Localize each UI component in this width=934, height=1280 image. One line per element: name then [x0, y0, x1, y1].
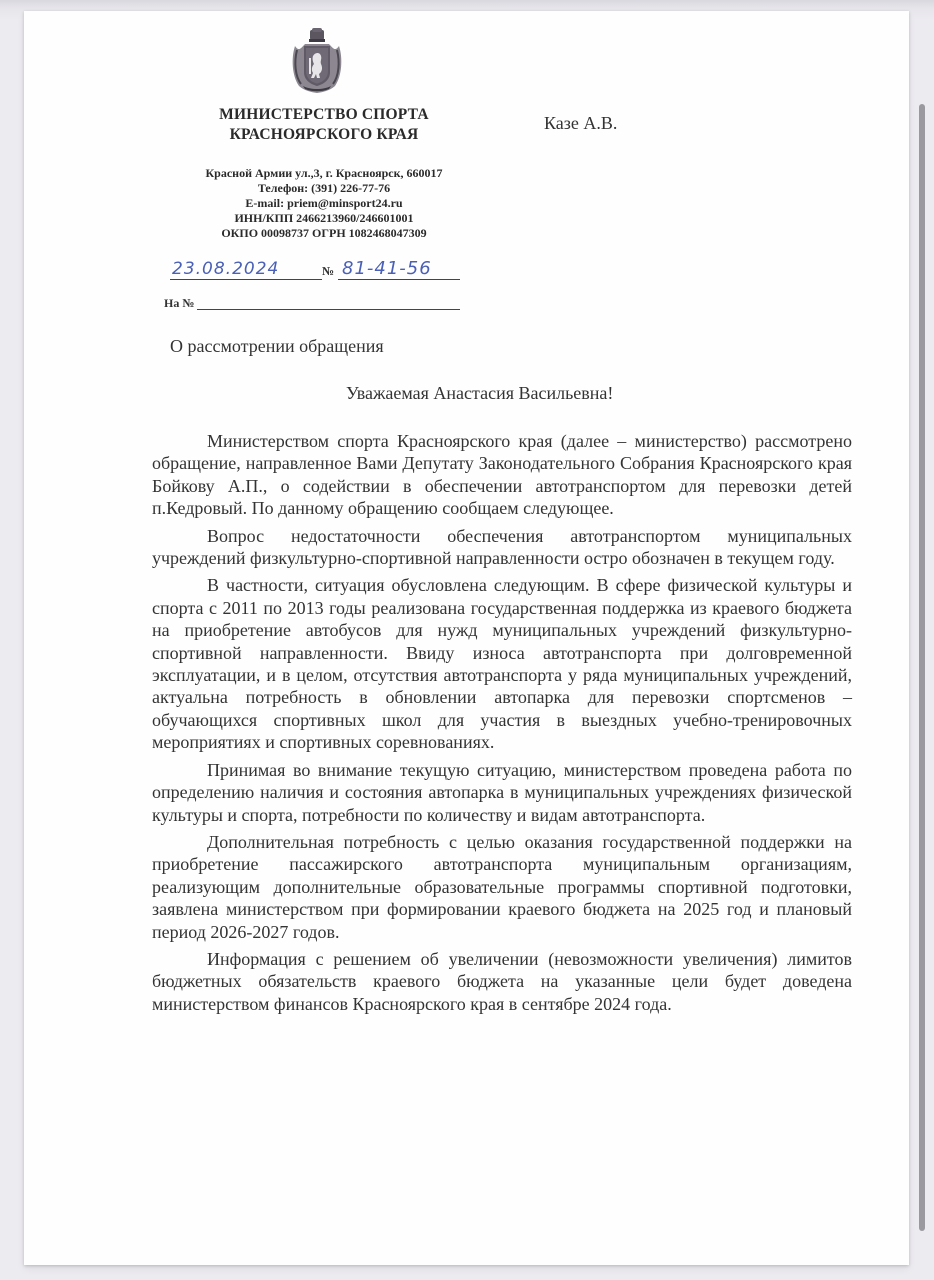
paragraph: Принимая во внимание текущую ситуацию, м…	[152, 759, 852, 826]
scrollbar-thumb[interactable]	[919, 104, 925, 1231]
ministry-contacts: Красной Армии ул.,3, г. Красноярск, 6600…	[164, 166, 484, 241]
okpo-ogrn: ОКПО 00098737 ОГРН 1082468047309	[164, 226, 484, 241]
ministry-name: МИНИСТЕРСТВО СПОРТА КРАСНОЯРСКОГО КРАЯ	[164, 105, 484, 145]
letter-body: Министерством спорта Красноярского края …	[152, 430, 852, 1020]
salutation: Уважаемая Анастасия Васильевна!	[346, 383, 613, 404]
registration-date: 23.08.2024	[170, 259, 322, 280]
addressee: Казе А.В.	[544, 113, 617, 134]
address: Красной Армии ул.,3, г. Красноярск, 6600…	[164, 166, 484, 181]
letter-subject: О рассмотрении обращения	[170, 336, 384, 357]
reference-line: На №	[164, 294, 460, 312]
email: E-mail: priem@minsport24.ru	[164, 196, 484, 211]
paragraph: Министерством спорта Красноярского края …	[152, 430, 852, 520]
ministry-name-line2: КРАСНОЯРСКОГО КРАЯ	[164, 125, 484, 145]
reference-field	[197, 294, 460, 310]
phone: Телефон: (391) 226-77-76	[164, 181, 484, 196]
document-viewer: МИНИСТЕРСТВО СПОРТА КРАСНОЯРСКОГО КРАЯ К…	[0, 0, 934, 1280]
coat-of-arms-icon	[289, 28, 345, 94]
paragraph: Дополнительная потребность с целью оказа…	[152, 831, 852, 943]
paragraph: В частности, ситуация обусловлена следую…	[152, 574, 852, 753]
ministry-name-line1: МИНИСТЕРСТВО СПОРТА	[164, 105, 484, 125]
registration-number-label: №	[322, 264, 334, 279]
inn-kpp: ИНН/КПП 2466213960/246601001	[164, 211, 484, 226]
reference-label: На №	[164, 296, 194, 311]
paragraph: Информация с решением об увеличении (нев…	[152, 948, 852, 1015]
registration-number: 81-41-56	[338, 259, 460, 280]
registration-line: 23.08.2024 № 81-41-56	[170, 259, 460, 281]
document-page: МИНИСТЕРСТВО СПОРТА КРАСНОЯРСКОГО КРАЯ К…	[24, 11, 909, 1265]
paragraph: Вопрос недостаточности обеспечения автот…	[152, 525, 852, 570]
